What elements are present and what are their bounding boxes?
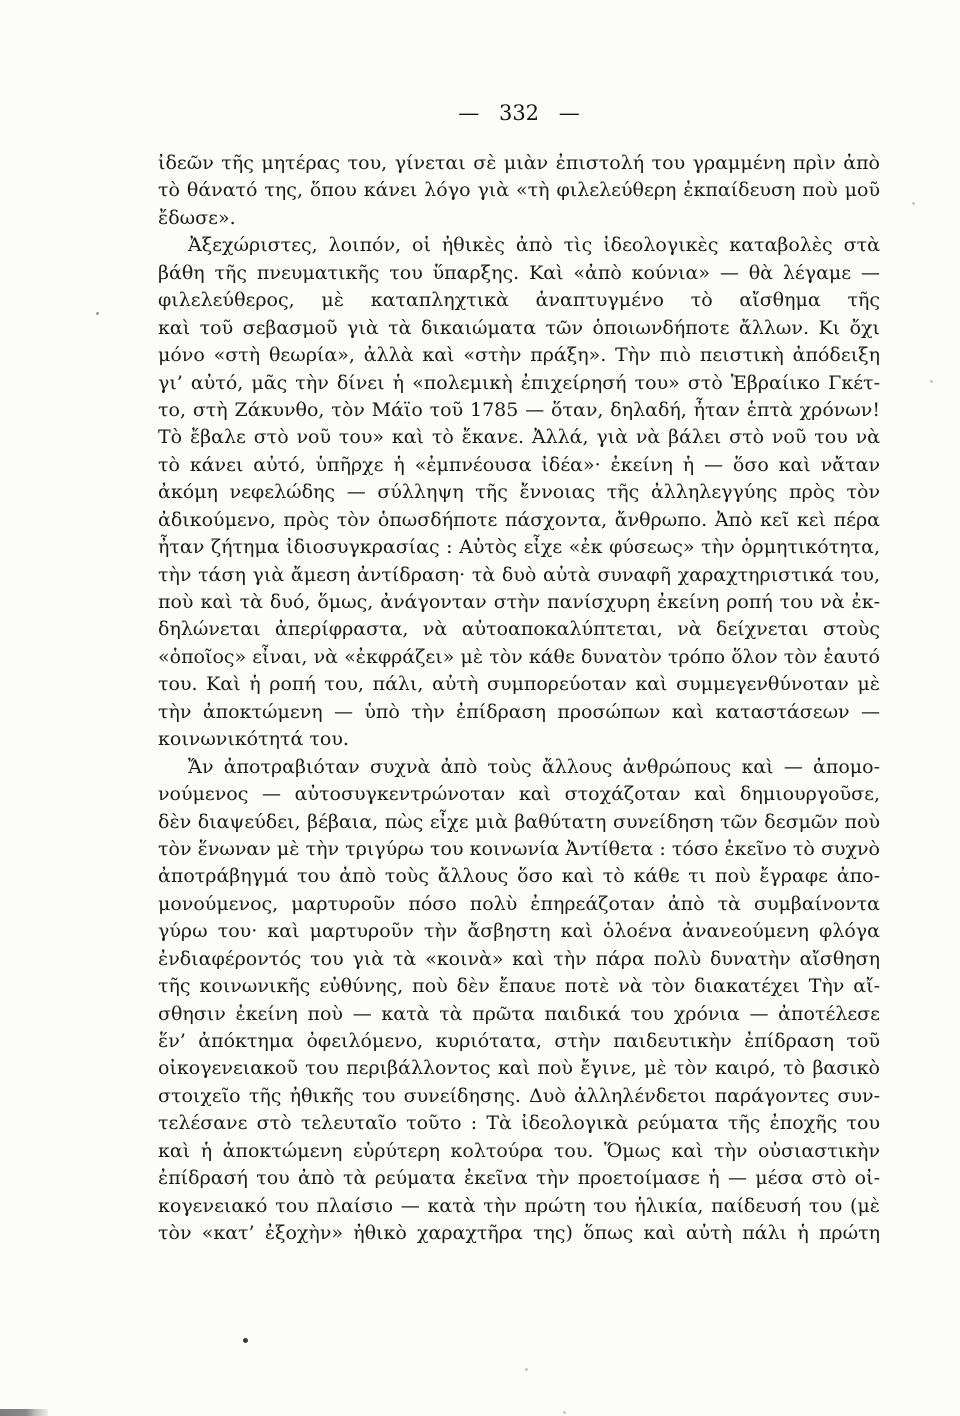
text-line: ἰδεῶν τῆς μητέρας του, γίνεται σὲ μιὰν ἐ… <box>158 150 880 177</box>
text-line: τὸ θάνατό της, ὅπου κάνει λόγο γιὰ «τὴ φ… <box>158 177 880 204</box>
scan-speck <box>525 1368 528 1371</box>
text-line: ἔδωσε». <box>158 205 880 232</box>
text-line: κογενειακό του πλαίσιο — κατὰ τὴν πρώτη … <box>158 1193 880 1220</box>
text-line: ἦταν ζήτημα ἰδιοσυγκρασίας : Αὐτὸς εἶχε … <box>158 534 880 561</box>
text-line: ποὺ καὶ τὰ δυό, ὅμως, ἀνάγονταν στὴν παν… <box>158 589 880 616</box>
text-line: ἀποτράβηγμά του ἀπὸ τοὺς ἄλλους ὅσο καὶ … <box>158 863 880 890</box>
text-line: ἐπίδρασή του ἀπὸ τὰ ρεύματα ἐκεῖνα τὴν π… <box>158 1165 880 1192</box>
text-line: γι’ αὐτό, μᾶς τὴν δίνει ἡ «πολεμικὴ ἐπιχ… <box>158 370 880 397</box>
text-line: Ἀξεχώριστες, λοιπόν, οἱ ἠθικὲς ἀπὸ τὶς ἰ… <box>158 232 880 259</box>
text-line: ἀκόμη νεφελώδης — σύλληψη τῆς ἔννοιας τῆ… <box>158 479 880 506</box>
text-line: τὸ κάνει αὐτό, ὑπῆρχε ἡ «ἐμπνέουσα ἰδέα»… <box>158 452 880 479</box>
text-line: ἐνδιαφέροντός του γιὰ τὰ «κοινὰ» καὶ τὴν… <box>158 946 880 973</box>
text-line: κοινωνικότητά του. <box>158 726 880 753</box>
scan-speck <box>243 1338 248 1343</box>
text-line: ἀδικούμενο, πρὸς τὸν ὁπωσδήποτε πάσχοντα… <box>158 507 880 534</box>
scan-speck <box>563 1411 566 1414</box>
text-line: στοιχεῖο τῆς ἠθικῆς του συνείδησης. Δυὸ … <box>158 1083 880 1110</box>
text-line: φιλελεύθερος, μὲ καταπληχτικὰ ἀναπτυγμέν… <box>158 287 880 314</box>
body-text: ἰδεῶν τῆς μητέρας του, γίνεται σὲ μιὰν ἐ… <box>158 150 880 1248</box>
text-line: τὴν ἀποκτώμενη — ὑπὸ τὴν ἐπίδραση προσώπ… <box>158 699 880 726</box>
scanned-page: — 332 — ἰδεῶν τῆς μητέρας του, γίνεται σ… <box>0 0 960 1416</box>
text-line: τὴν τάση γιὰ ἄμεση ἀντίδραση· τὰ δυὸ αὐτ… <box>158 562 880 589</box>
text-line: του. Καὶ ἡ ροπή του, πάλι, αὐτὴ συμπορεύ… <box>158 671 880 698</box>
text-line: το, στὴ Ζάκυνθο, τὸν Μάϊο τοῦ 1785 — ὅτα… <box>158 397 880 424</box>
scan-artifact-corner <box>0 1409 48 1416</box>
scan-speck <box>912 202 915 205</box>
scan-speck <box>96 312 99 315</box>
text-line: οἰκογενειακοῦ του περιβάλλοντος καὶ ποὺ … <box>158 1055 880 1082</box>
text-line: καὶ τοῦ σεβασμοῦ γιὰ τὰ δικαιώματα τῶν ὁ… <box>158 315 880 342</box>
text-line: νούμενος — αὐτοσυγκεντρώνοταν καὶ στοχάζ… <box>158 781 880 808</box>
text-line: τῆς κοινωνικῆς εὐθύνης, ποὺ δὲν ἔπαυε πο… <box>158 973 880 1000</box>
text-line: τελέσανε στὸ τελευταῖο τοῦτο : Τὰ ἰδεολο… <box>158 1110 880 1137</box>
text-line: καὶ ἡ ἀποκτώμενη εὐρύτερη κολτούρα του. … <box>158 1138 880 1165</box>
text-line: τὸν ἕνωναν μὲ τὴν τριγύρω του κοινωνία Ἀ… <box>158 836 880 863</box>
text-line: δὲν διαψεύδει, βέβαια, πὼς εἶχε μιὰ βαθύ… <box>158 809 880 836</box>
text-line: μόνο «στὴ θεωρία», ἀλλὰ καὶ «στὴν πράξη»… <box>158 342 880 369</box>
text-line: Ἄν ἀποτραβιόταν συχνὰ ἀπὸ τοὺς ἄλλους ἀν… <box>158 754 880 781</box>
text-line: «ὁποῖος» εἶναι, νὰ «ἐκφράζει» μὲ τὸν κάθ… <box>158 644 880 671</box>
text-line: γύρω του· καὶ μαρτυροῦν τὴν ἄσβηστη καὶ … <box>158 918 880 945</box>
text-line: σθησιν ἐκείνη ποὺ — κατὰ τὰ πρῶτα παιδικ… <box>158 1001 880 1028</box>
text-line: μονούμενος, μαρτυροῦν πόσο πολὺ ἐπηρεάζο… <box>158 891 880 918</box>
page-number: — 332 — <box>158 101 880 125</box>
text-line: βάθη τῆς πνευματικῆς του ὕπαρξης. Καὶ «ἀ… <box>158 260 880 287</box>
text-line: δηλώνεται ἀπερίφραστα, νὰ αὐτοαποκαλύπτε… <box>158 616 880 643</box>
text-line: Τὸ ἔβαλε στὸ νοῦ του» καὶ τὸ ἔκανε. Ἀλλά… <box>158 424 880 451</box>
text-line: ἕν’ ἀπόκτημα ὀφειλόμενο, κυριότατα, στὴν… <box>158 1028 880 1055</box>
text-line: τὸν «κατ’ ἐξοχὴν» ἠθικὸ χαραχτῆρα της) ὅ… <box>158 1220 880 1247</box>
scan-speck <box>930 380 933 383</box>
